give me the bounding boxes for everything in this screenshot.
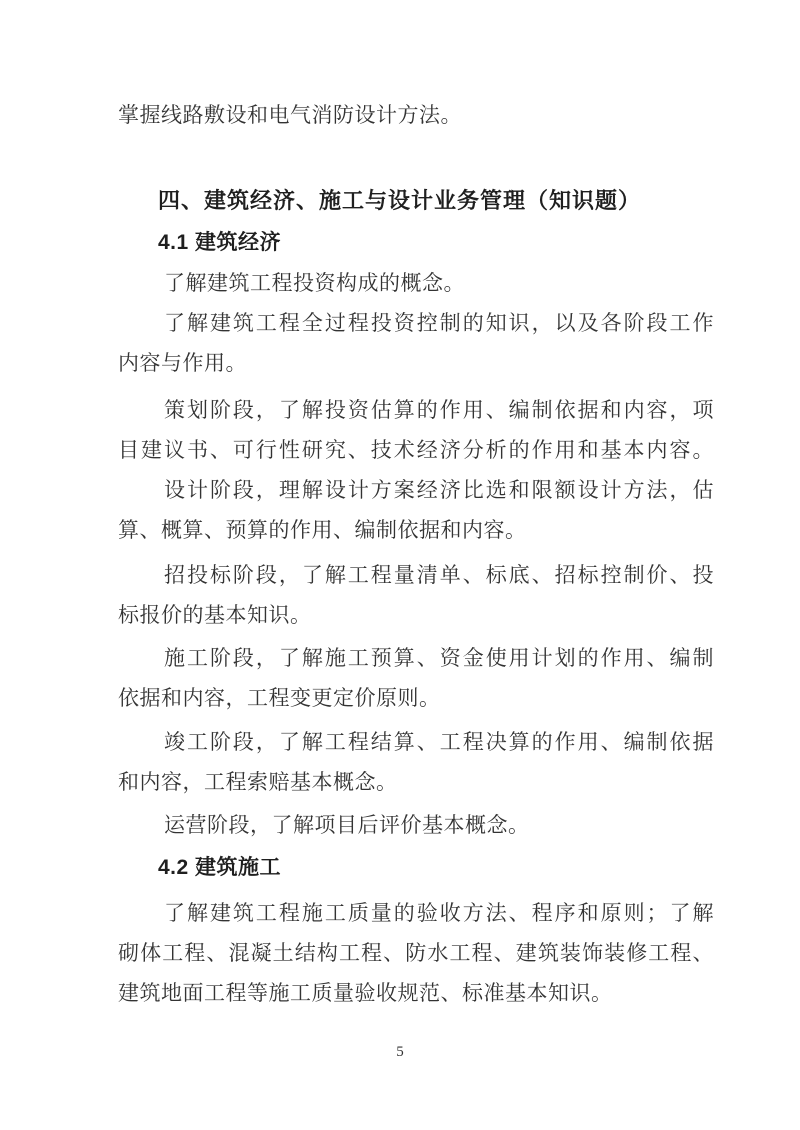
text-line: 掌握线路敷设和电气消防设计方法。 <box>118 95 714 135</box>
text-line: 策划阶段，了解投资估算的作用、编制依据和内容，项 <box>118 390 714 430</box>
text-line: 招投标阶段，了解工程量清单、标底、招标控制价、投 <box>118 555 714 595</box>
section-heading: 四、建筑经济、施工与设计业务管理（知识题） <box>118 179 714 223</box>
text-line: 建筑地面工程等施工质量验收规范、标准基本知识。 <box>118 973 714 1013</box>
text-line: 设计阶段，理解设计方案经济比选和限额设计方法，估 <box>118 470 714 510</box>
text-line: 目建议书、可行性研究、技术经济分析的作用和基本内容。 <box>118 430 714 470</box>
paragraph: 策划阶段，了解投资估算的作用、编制依据和内容，项目建议书、可行性研究、技术经济分… <box>118 390 714 470</box>
document-page: 掌握线路敷设和电气消防设计方法。四、建筑经济、施工与设计业务管理（知识题）4.1… <box>0 0 800 1130</box>
text-line: 施工阶段，了解施工预算、资金使用计划的作用、编制 <box>118 638 714 678</box>
page-content: 掌握线路敷设和电气消防设计方法。四、建筑经济、施工与设计业务管理（知识题）4.1… <box>118 95 714 1013</box>
text-line: 算、概算、预算的作用、编制依据和内容。 <box>118 510 714 550</box>
paragraph: 运营阶段，了解项目后评价基本概念。 <box>118 805 714 845</box>
text-line: 运营阶段，了解项目后评价基本概念。 <box>118 805 714 845</box>
paragraph: 招投标阶段，了解工程量清单、标底、招标控制价、投标报价的基本知识。 <box>118 555 714 635</box>
text-line: 了解建筑工程施工质量的验收方法、程序和原则；了解 <box>118 893 714 933</box>
text-line: 标报价的基本知识。 <box>118 595 714 635</box>
text-line: 4.2 建筑施工 <box>118 848 714 888</box>
paragraph: 了解建筑工程投资构成的概念。 <box>118 263 714 303</box>
page-footer: 5 <box>0 1042 800 1062</box>
paragraph: 了解建筑工程施工质量的验收方法、程序和原则；了解砌体工程、混凝土结构工程、防水工… <box>118 893 714 1013</box>
text-line: 竣工阶段，了解工程结算、工程决算的作用、编制依据 <box>118 722 714 762</box>
paragraph: 了解建筑工程全过程投资控制的知识，以及各阶段工作内容与作用。 <box>118 303 714 383</box>
text-line: 了解建筑工程全过程投资控制的知识，以及各阶段工作 <box>118 303 714 343</box>
text-line: 内容与作用。 <box>118 343 714 383</box>
document-blocks: 掌握线路敷设和电气消防设计方法。四、建筑经济、施工与设计业务管理（知识题）4.1… <box>118 95 714 1013</box>
paragraph: 设计阶段，理解设计方案经济比选和限额设计方法，估算、概算、预算的作用、编制依据和… <box>118 470 714 550</box>
text-line: 依据和内容，工程变更定价原则。 <box>118 678 714 718</box>
subsection-heading: 4.1 建筑经济 <box>118 223 714 263</box>
paragraph: 施工阶段，了解施工预算、资金使用计划的作用、编制依据和内容，工程变更定价原则。 <box>118 638 714 718</box>
text-line: 了解建筑工程投资构成的概念。 <box>118 263 714 303</box>
text-line: 4.1 建筑经济 <box>118 223 714 263</box>
paragraph: 竣工阶段，了解工程结算、工程决算的作用、编制依据和内容，工程索赔基本概念。 <box>118 722 714 802</box>
text-line: 四、建筑经济、施工与设计业务管理（知识题） <box>118 179 714 223</box>
page-number: 5 <box>396 1044 404 1060</box>
text-line: 砌体工程、混凝土结构工程、防水工程、建筑装饰装修工程、 <box>118 933 714 973</box>
paragraph: 掌握线路敷设和电气消防设计方法。 <box>118 95 714 135</box>
text-line: 和内容，工程索赔基本概念。 <box>118 762 714 802</box>
subsection-heading: 4.2 建筑施工 <box>118 848 714 888</box>
